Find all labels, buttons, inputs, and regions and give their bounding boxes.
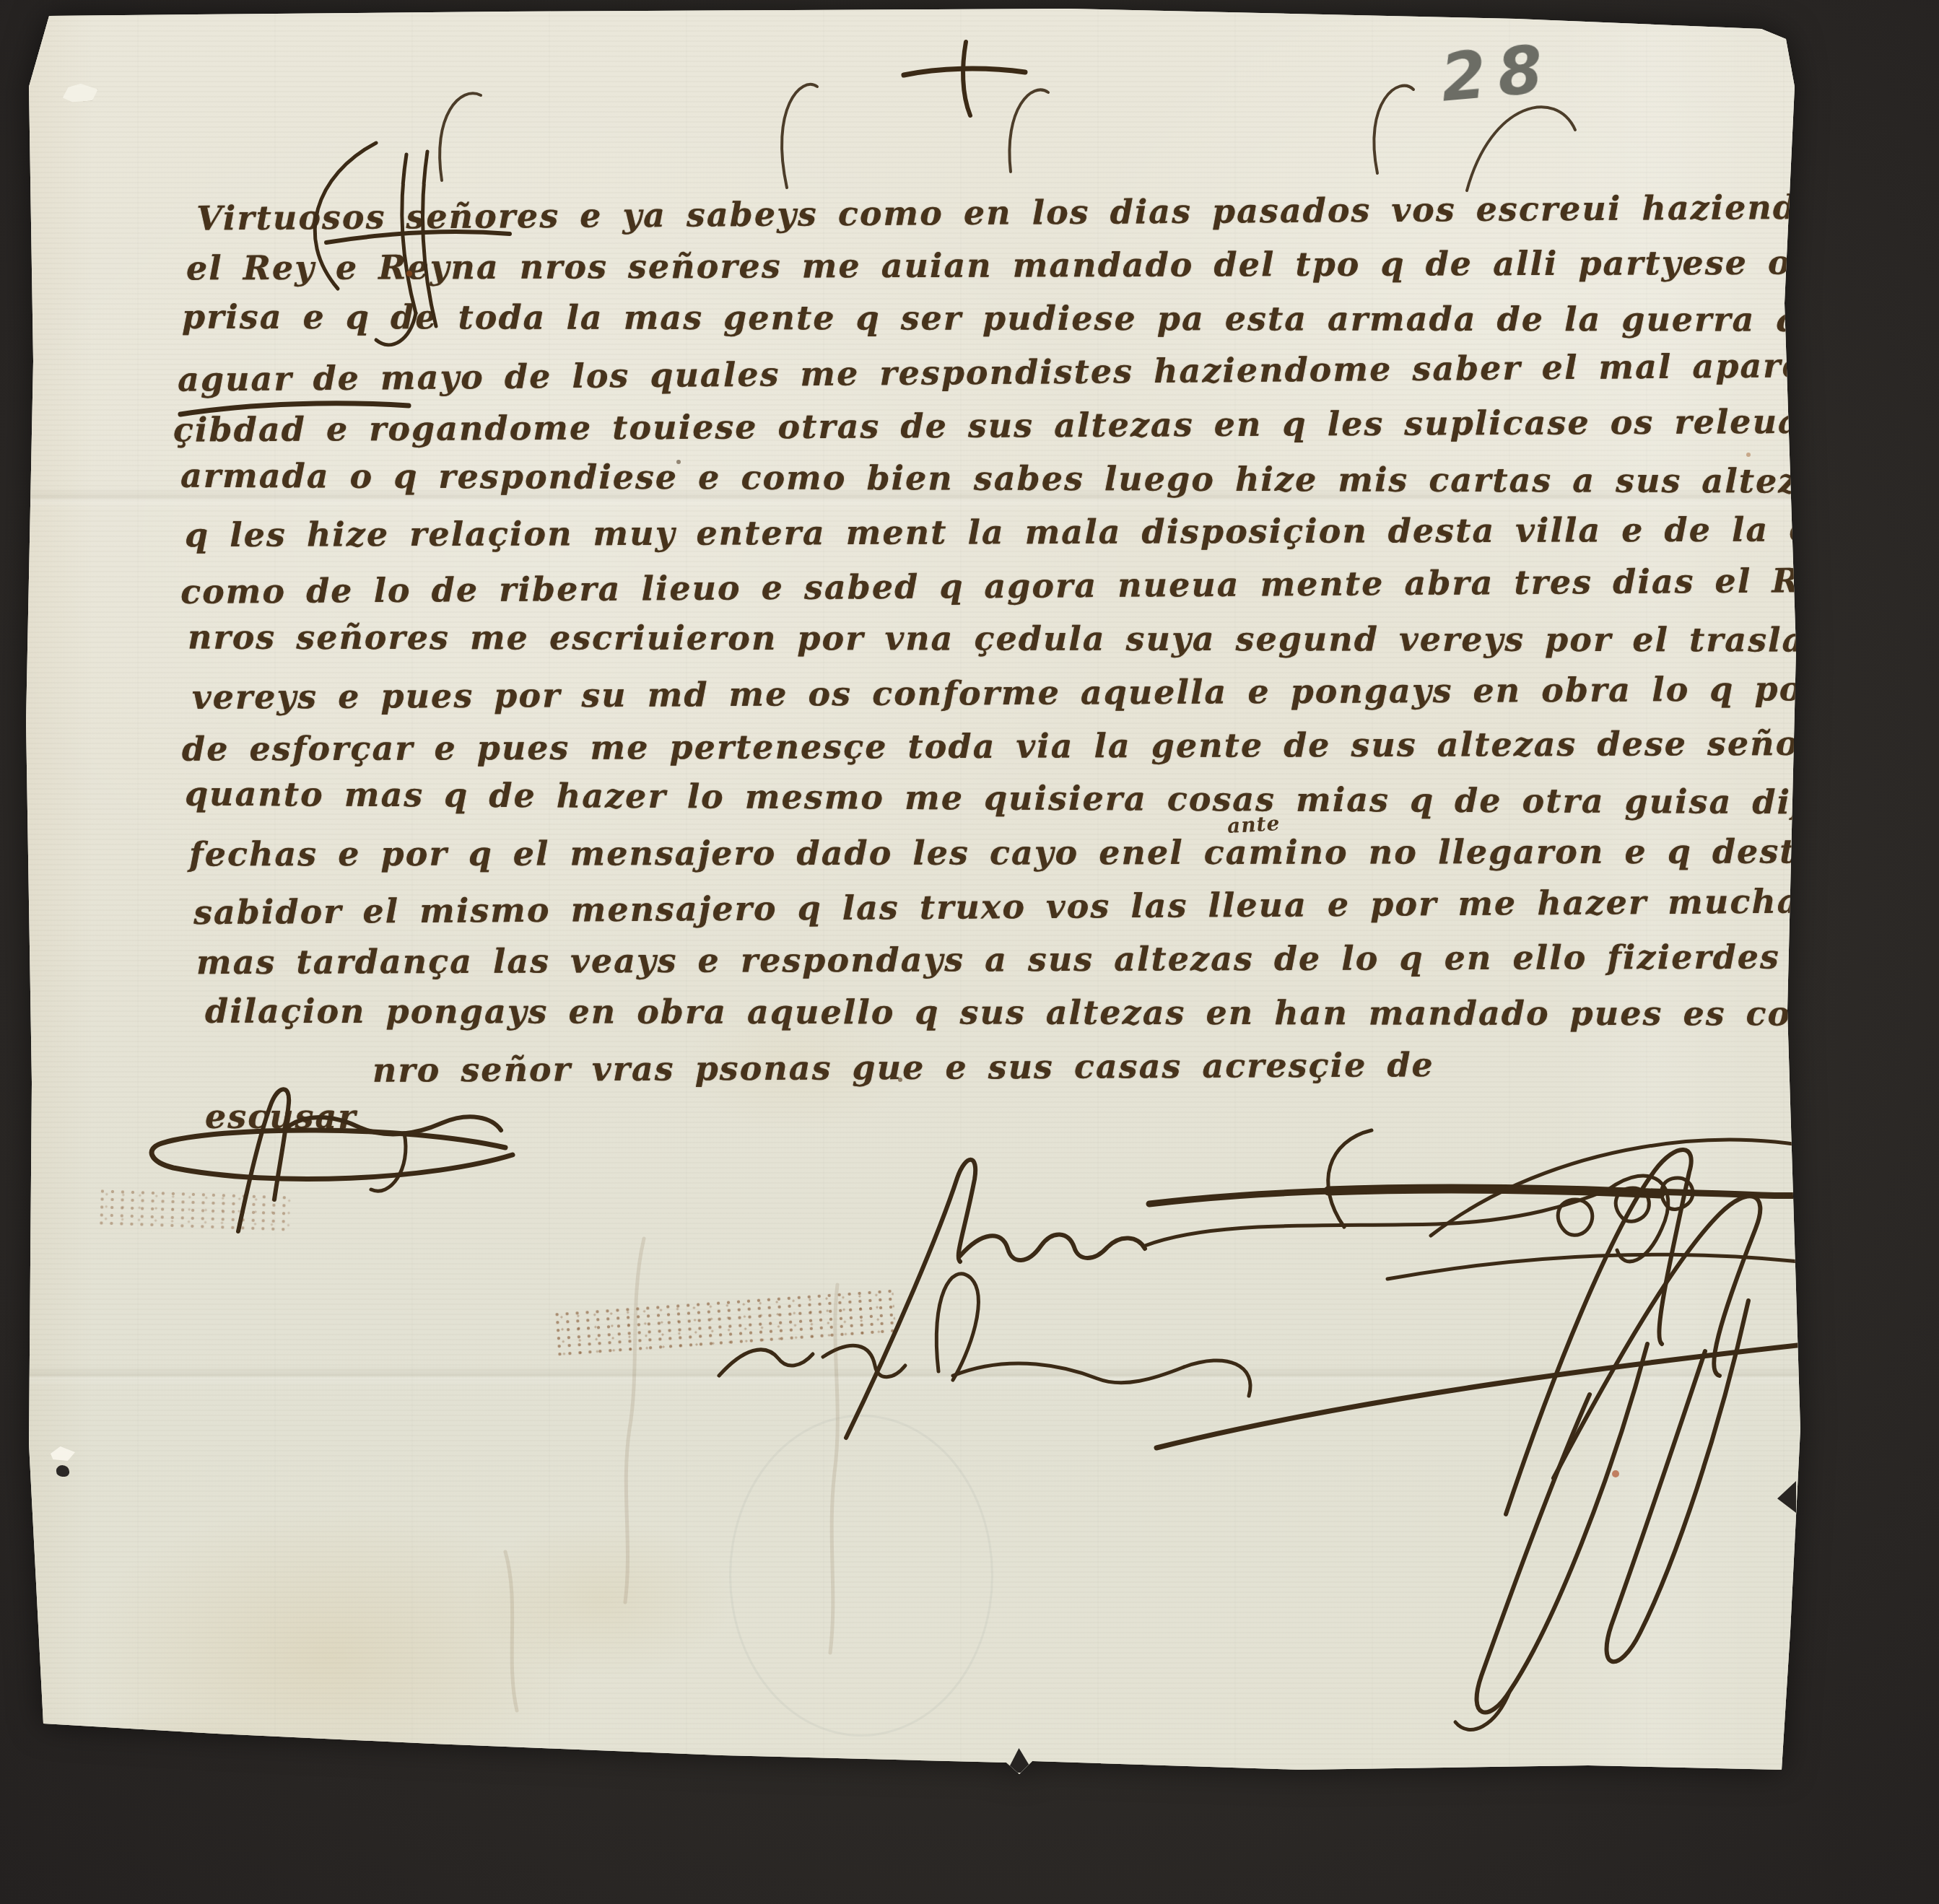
manuscript-line: mas tardança las veays e respondays a su… xyxy=(196,937,1939,982)
manuscript-line: sabidor el mismo mensajero q las truxo v… xyxy=(193,880,1939,932)
right-edge-chip xyxy=(1777,1481,1796,1513)
manuscript-line: de esforçar e pues me pertenesçe toda vi… xyxy=(182,722,1939,768)
interlinear-insertion: ante xyxy=(1226,811,1281,838)
watermark-impression xyxy=(729,1415,993,1737)
fold-crease xyxy=(0,1366,1939,1387)
manuscript-line: nro señor vras psonas gue e sus casas ac… xyxy=(372,1045,1434,1090)
rust-speckle-patch xyxy=(99,1189,292,1236)
manuscript-line: quanto mas q de hazer lo mesmo me quisie… xyxy=(185,774,1939,824)
invocation-cross-mark xyxy=(904,42,1025,115)
manuscript-line: nros señores me escriuieron por vna çedu… xyxy=(188,618,1939,660)
folio-number: 28 xyxy=(1438,31,1558,116)
paper-nick xyxy=(56,1465,69,1477)
ascender-flourish-arcs xyxy=(440,84,1575,191)
manuscript-line: el Rey e Reyna nros señores me auian man… xyxy=(186,243,1939,288)
manuscript-line: armada o q respondiese e como bien sabes… xyxy=(180,456,1910,501)
manuscript-line: prisa e q de toda la mas gente q ser pud… xyxy=(182,297,1939,339)
bottom-edge-notch xyxy=(1006,1748,1034,1773)
manuscript-page-wrap: 28 Virtuosos señores e ya sabeys como en… xyxy=(0,0,1939,1904)
manuscript-line: çibdad e rogandome touiese otras de sus … xyxy=(173,401,1939,449)
center-signature-rubric xyxy=(719,1160,1920,1438)
manuscript-line: vereys e pues por su md me os conforme a… xyxy=(192,668,1939,717)
manuscript-line: q les hize relaçion muy entera ment la m… xyxy=(185,510,1922,554)
manuscript-line: como de lo de ribera lieuo e sabed q ago… xyxy=(180,559,1939,611)
manuscript-line: dilaçion pongays en obra aquello q sus a… xyxy=(205,992,1939,1034)
manuscript-line: escusar xyxy=(205,1097,357,1136)
manuscript-page: 28 Virtuosos señores e ya sabeys como en… xyxy=(0,0,1939,1904)
paper-nick-highlight xyxy=(51,1446,75,1461)
photograph-background: 28 Virtuosos señores e ya sabeys como en… xyxy=(0,0,1939,1904)
manuscript-line: aguar de mayo de los quales me respondis… xyxy=(178,344,1939,399)
manuscript-line: fechas e por q el mensajero dado les cay… xyxy=(189,831,1939,874)
ink-specks xyxy=(406,271,1751,1477)
manuscript-line: Virtuosos señores e ya sabeys como en lo… xyxy=(196,185,1939,238)
rust-speckle-band xyxy=(554,1289,896,1358)
right-signature-rubric xyxy=(1156,1130,1922,1730)
paper-tear xyxy=(61,81,99,105)
